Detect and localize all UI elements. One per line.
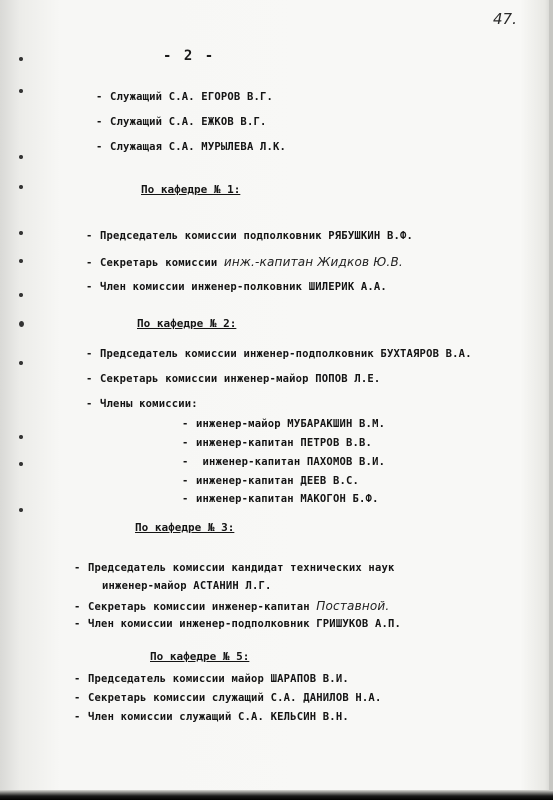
archive-folio-number: 47.	[493, 10, 517, 28]
list-item: -Председатель комиссии инженер-подполков…	[86, 348, 472, 360]
margin-dot	[19, 293, 23, 297]
list-item: -Председатель комиссии майор ШАРАПОВ В.И…	[74, 673, 349, 685]
handwritten-insert: Поставной.	[316, 599, 389, 613]
list-item: -Члены комиссии:	[86, 398, 198, 410]
page-number: - 2 -	[163, 48, 215, 64]
margin-dot	[19, 508, 23, 512]
list-item: -Член комиссии инженер-подполковник ГРИШ…	[74, 618, 401, 630]
margin-dot	[19, 155, 23, 159]
list-item: -Секретарь комиссии инж.-капитан Жидков …	[86, 255, 403, 269]
list-item: -Член комиссии инженер-полковник ШИЛЕРИК…	[86, 281, 387, 293]
margin-dot	[19, 259, 23, 263]
margin-dot	[19, 321, 24, 327]
margin-dot	[19, 462, 23, 466]
margin-dot	[19, 231, 23, 235]
member-item: -инженер-капитан МАКОГОН Б.Ф.	[182, 493, 379, 505]
margin-dot	[19, 435, 23, 439]
section-heading: По кафедре № 1:	[141, 183, 240, 196]
margin-dot	[19, 57, 23, 61]
margin-dot	[19, 185, 23, 189]
scanned-page: 47. - 2 - -Служащий С.А. ЕГОРОВ В.Г. -Сл…	[0, 0, 553, 800]
list-item-continuation: инженер-майор АСТАНИН Л.Г.	[102, 580, 272, 592]
list-item: -Секретарь комиссии служащий С.А. ДАНИЛО…	[74, 692, 381, 704]
list-item: -Служащая С.А. МУРЫЛЕВА Л.К.	[96, 141, 286, 153]
list-item: -Секретарь комиссии инженер-майор ПОПОВ …	[86, 373, 380, 385]
list-item: -Председатель комиссии кандидат техничес…	[74, 562, 395, 574]
list-item: -Служащий С.А. ЕГОРОВ В.Г.	[96, 91, 273, 103]
member-item: -инженер-капитан ПЕТРОВ В.В.	[182, 437, 372, 449]
section-heading: По кафедре № 3:	[135, 521, 234, 534]
page-edge	[549, 0, 553, 800]
handwritten-insert: инж.-капитан Жидков Ю.В.	[224, 255, 403, 269]
section-heading: По кафедре № 2:	[137, 317, 236, 330]
list-item: -Член комиссии служащий С.А. КЕЛЬСИН В.Н…	[74, 711, 349, 723]
section-heading: По кафедре № 5:	[150, 650, 249, 663]
margin-dot	[19, 89, 23, 93]
margin-dot	[19, 361, 23, 365]
member-item: -инженер-майор МУБАРАКШИН В.М.	[182, 418, 385, 430]
list-item: -Секретарь комиссии инженер-капитан Пост…	[74, 599, 389, 613]
scan-bottom-border	[0, 790, 553, 800]
list-item: -Председатель комиссии подполковник РЯБУ…	[86, 230, 413, 242]
member-item: -инженер-капитан ДЕЕВ В.С.	[182, 475, 359, 487]
list-item: -Служащий С.А. ЕЖКОВ В.Г.	[96, 116, 267, 128]
member-item: - инженер-капитан ПАХОМОВ В.И.	[182, 456, 385, 468]
